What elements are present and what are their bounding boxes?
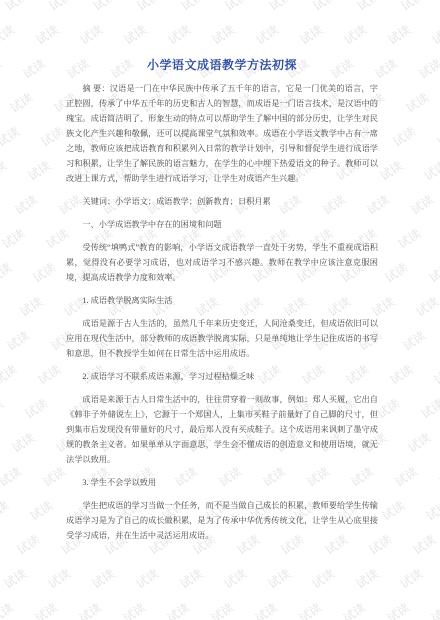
abstract-label: 摘 要： — [82, 84, 109, 93]
watermark-text: 试读 — [176, 565, 205, 593]
watermark-text: 试读 — [207, 599, 236, 620]
section-1-paragraph: 受传统“填鸭式”教育的影响，小学语文成语教学一直处于劣势，学生不重视成语积累，觉… — [66, 240, 378, 285]
keywords-label: 关键词： — [82, 197, 115, 206]
keywords-text: 小学语文；成语教学；创新教育；日积月累 — [115, 197, 271, 206]
watermark-text: 试读 — [88, 565, 117, 593]
subsection-3-heading: 3. 学生不会学以致用 — [66, 475, 378, 490]
watermark-text: 试读 — [251, 599, 280, 620]
watermark-text: 试读 — [163, 599, 192, 620]
watermark-text: 试读 — [295, 599, 324, 620]
watermark-text: 试读 — [119, 599, 148, 620]
watermark-text: 试读 — [339, 599, 368, 620]
subsection-2-paragraph: 成语是来源于古人日常生活中的，往往贯穿着一则故事，例如：郑人买履，它出自《韩非子… — [66, 392, 378, 467]
watermark-text: 试读 — [220, 565, 249, 593]
watermark-text: 试读 — [352, 565, 381, 593]
watermark-text: 试读 — [75, 599, 104, 620]
watermark-text: 试读 — [308, 565, 337, 593]
subsection-2-heading: 2. 成语学习不联系成语来源，学习过程枯燥乏味 — [66, 369, 378, 384]
watermark-text: 试读 — [383, 599, 412, 620]
document-content: 小学语文成语教学方法初探 摘 要：汉语是一门在中华民族中传承了五千年的语言，它是… — [0, 0, 440, 543]
watermark-text: 试读 — [0, 599, 17, 620]
document-page: 试读试读试读试读试读试读试读试读试读试读试读试读试读试读试读试读试读试读试读试读… — [0, 0, 440, 620]
abstract-text: 汉语是一门在中华民族中传承了五千年的语言，它是一门优美的语言，字正腔圆，传承了中… — [66, 84, 378, 183]
watermark-text: 试读 — [264, 565, 293, 593]
keywords-line: 关键词：小学语文；成语教学；创新教育；日积月累 — [66, 194, 378, 209]
watermark-text: 试读 — [0, 565, 29, 593]
subsection-3-paragraph: 学生把成语的学习当做一个任务，而不是当做自己成长的积累，教师要给学生传输成语学习… — [66, 498, 378, 543]
document-title: 小学语文成语教学方法初探 — [66, 57, 378, 73]
section-1-heading: 一、小学成语教学中存在的困境和问题 — [66, 217, 378, 232]
watermark-text: 试读 — [31, 599, 60, 620]
abstract-paragraph: 摘 要：汉语是一门在中华民族中传承了五千年的语言，它是一门优美的语言，字正腔圆，… — [66, 81, 378, 186]
watermark-text: 试读 — [427, 599, 440, 620]
subsection-1-heading: 1. 成语教学脱离实际生活 — [66, 293, 378, 308]
subsection-1-paragraph: 成语是源于古人生活的，虽然几千年来历史变迁，人间沧桑变迁，但成语依旧可以应用在现… — [66, 316, 378, 361]
watermark-text: 试读 — [396, 565, 425, 593]
watermark-text: 试读 — [44, 565, 73, 593]
watermark-text: 试读 — [132, 565, 161, 593]
